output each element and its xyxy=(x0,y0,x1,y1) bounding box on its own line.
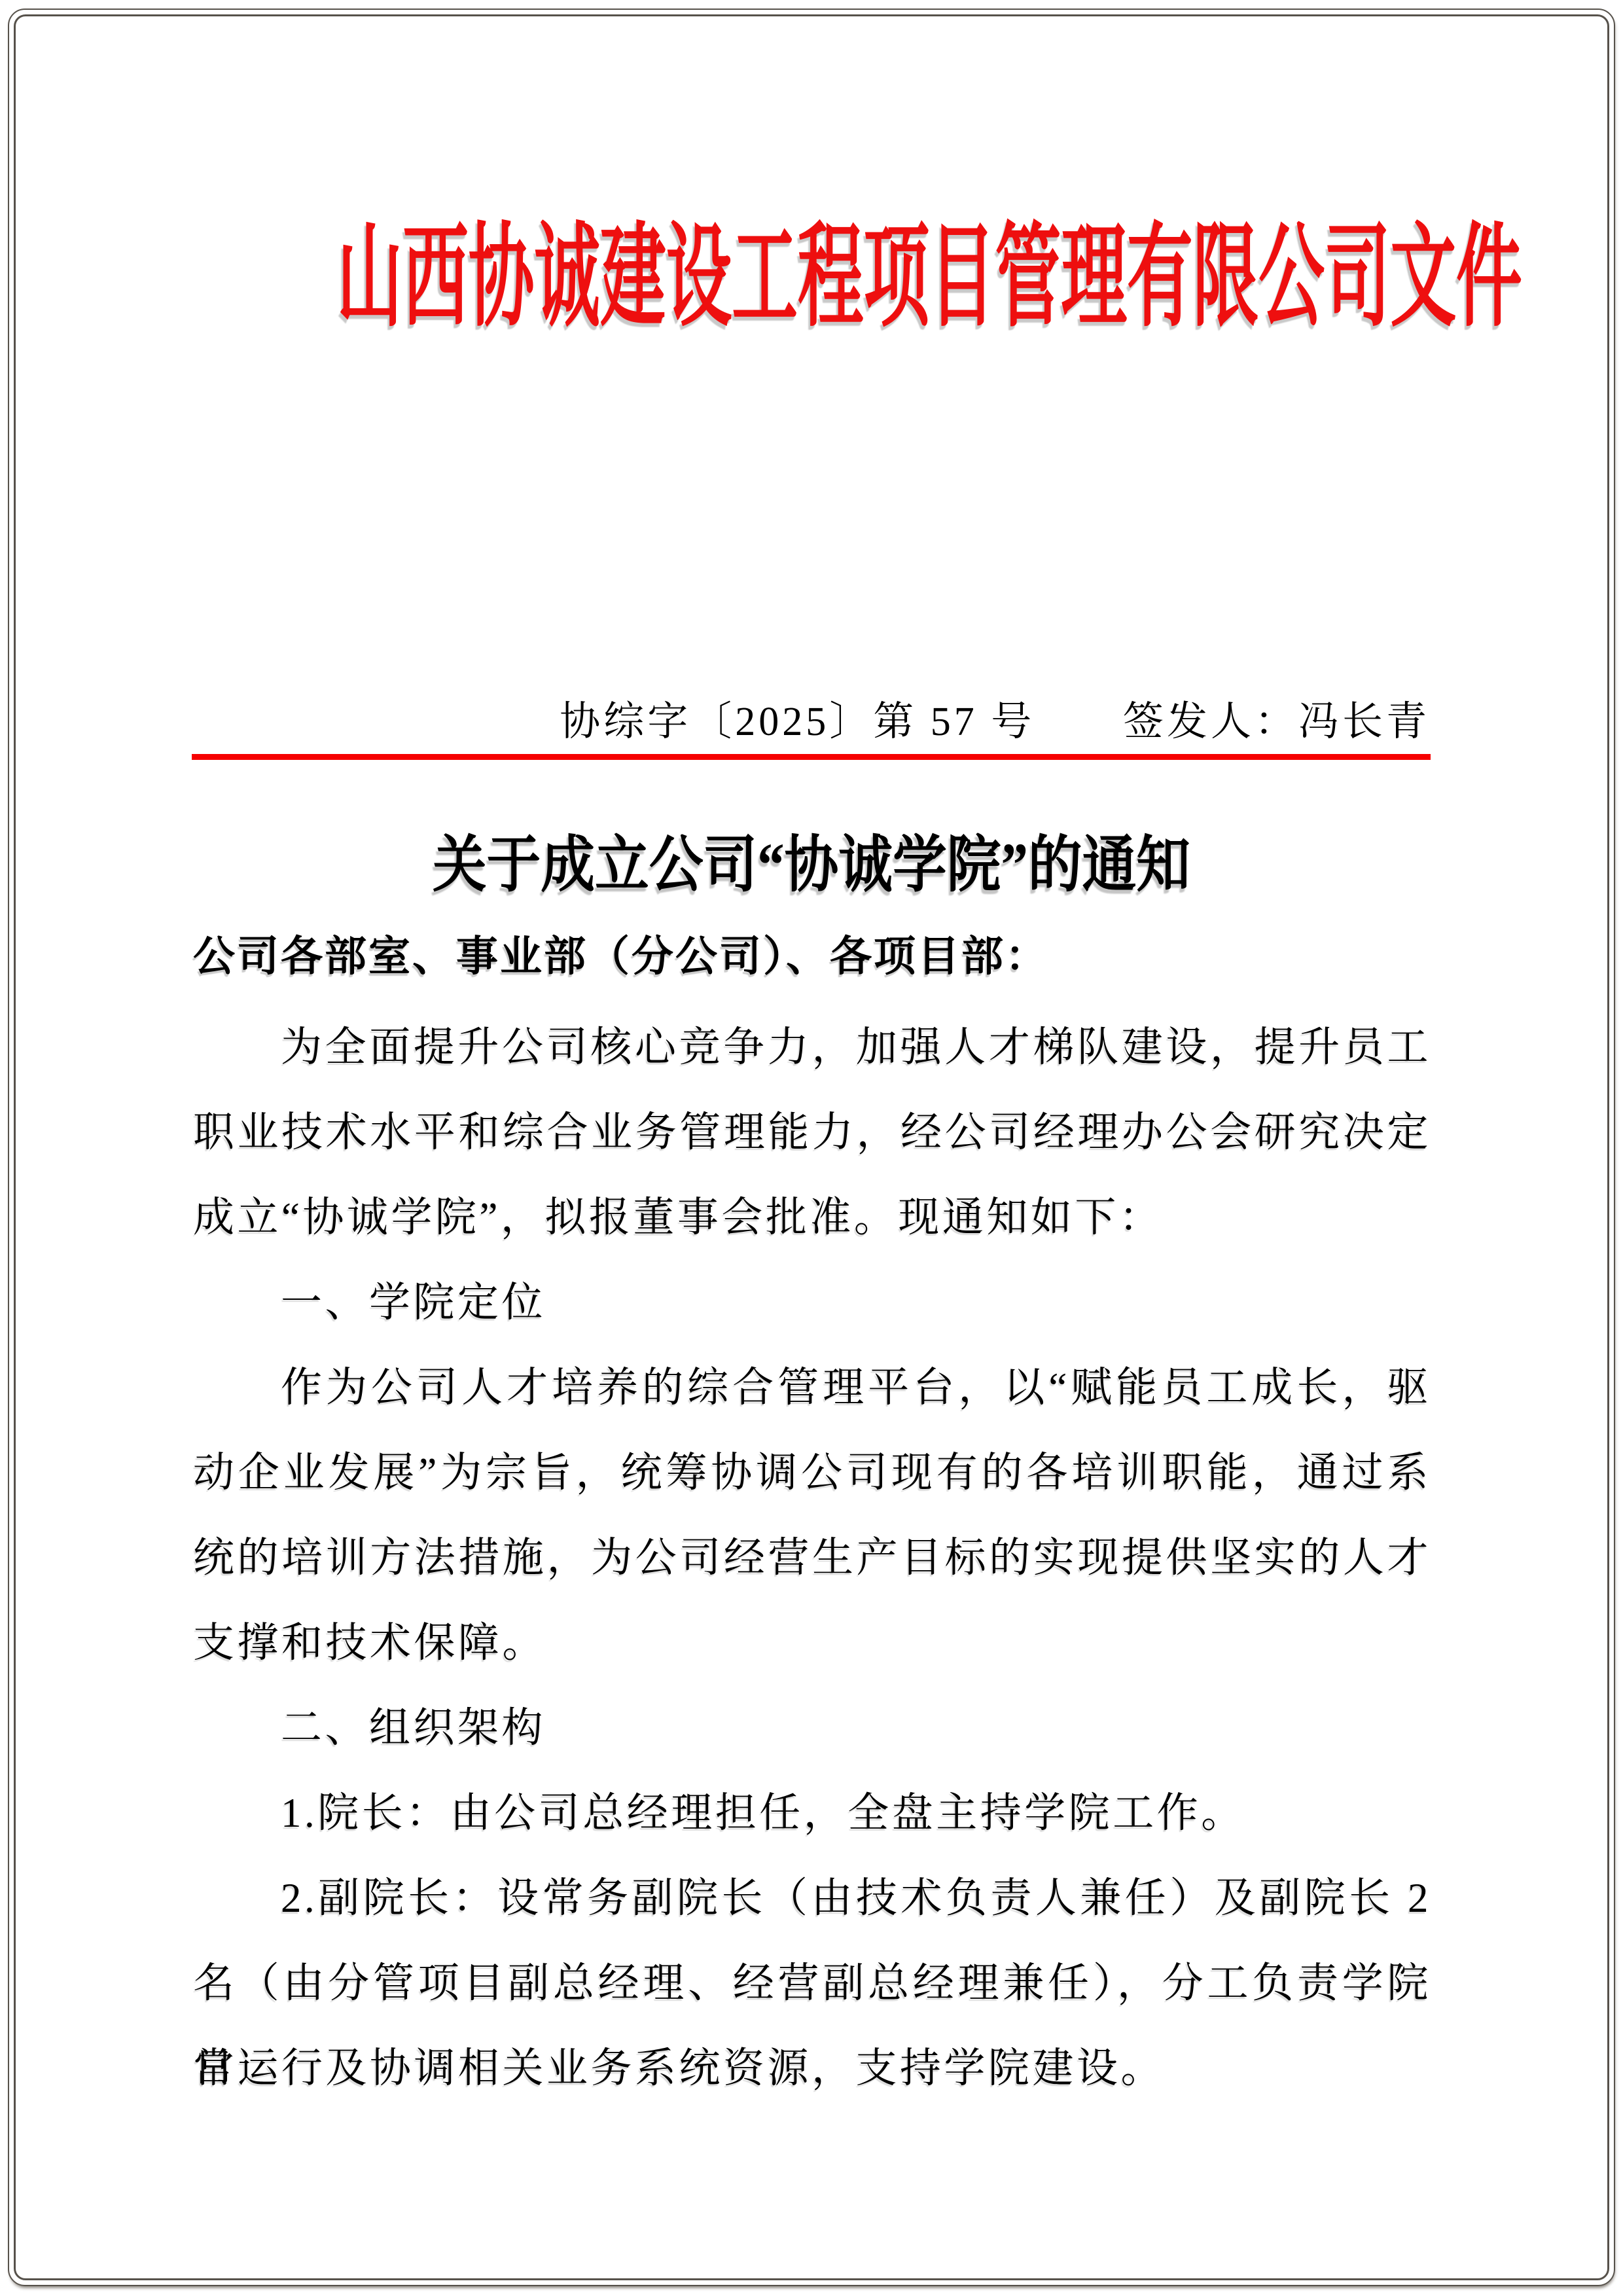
red-separator-rule xyxy=(192,754,1431,760)
notice-body: 为全面提升公司核心竞争力，加强人才梯队建设，提升员工职业技术水平和综合业务管理能… xyxy=(193,1005,1431,2111)
body-line: 常运行及协调相关业务系统资源，支持学院建设。 xyxy=(193,2026,1431,2111)
notice-title: 关于成立公司“协诚学院”的通知 xyxy=(98,826,1525,905)
body-line: 二、组织架构 xyxy=(193,1685,1431,1770)
body-line: 支撑和技术保障。 xyxy=(193,1600,1431,1685)
body-line: 2.副院长：设常务副院长（由技术负责人兼任）及副院长 2 xyxy=(193,1856,1431,1941)
body-line: 作为公司人才培养的综合管理平台，以“赋能员工成长，驱 xyxy=(193,1345,1431,1430)
signer-name: 签发人：冯长青 xyxy=(1123,691,1430,753)
addressee-line: 公司各部室、事业部（分公司）、各项目部： xyxy=(193,931,1431,983)
doc-meta-row: 协综字〔2025〕第 57 号 签发人：冯长青 xyxy=(193,691,1430,753)
document-page: 山西协诚建设工程项目管理有限公司文件 协综字〔2025〕第 57 号 签发人：冯… xyxy=(0,0,1623,2296)
body-line: 职业技术水平和综合业务管理能力，经公司经理办公会研究决定 xyxy=(193,1090,1431,1175)
body-line: 名（由分管项目副总经理、经营副总经理兼任），分工负责学院日 xyxy=(193,1941,1431,2026)
body-line: 1.院长：由公司总经理担任，全盘主持学院工作。 xyxy=(193,1770,1431,1856)
doc-number: 协综字〔2025〕第 57 号 xyxy=(560,691,1035,753)
body-line: 为全面提升公司核心竞争力，加强人才梯队建设，提升员工 xyxy=(193,1005,1431,1090)
letterhead-org-title: 山西协诚建设工程项目管理有限公司文件 xyxy=(337,216,1287,340)
body-line: 一、学院定位 xyxy=(193,1260,1431,1345)
body-line: 动企业发展”为宗旨，统筹协调公司现有的各培训职能，通过系 xyxy=(193,1430,1431,1515)
body-line: 统的培训方法措施，为公司经营生产目标的实现提供坚实的人才 xyxy=(193,1515,1431,1600)
body-line: 成立“协诚学院”，拟报董事会批准。现通知如下： xyxy=(193,1175,1431,1260)
